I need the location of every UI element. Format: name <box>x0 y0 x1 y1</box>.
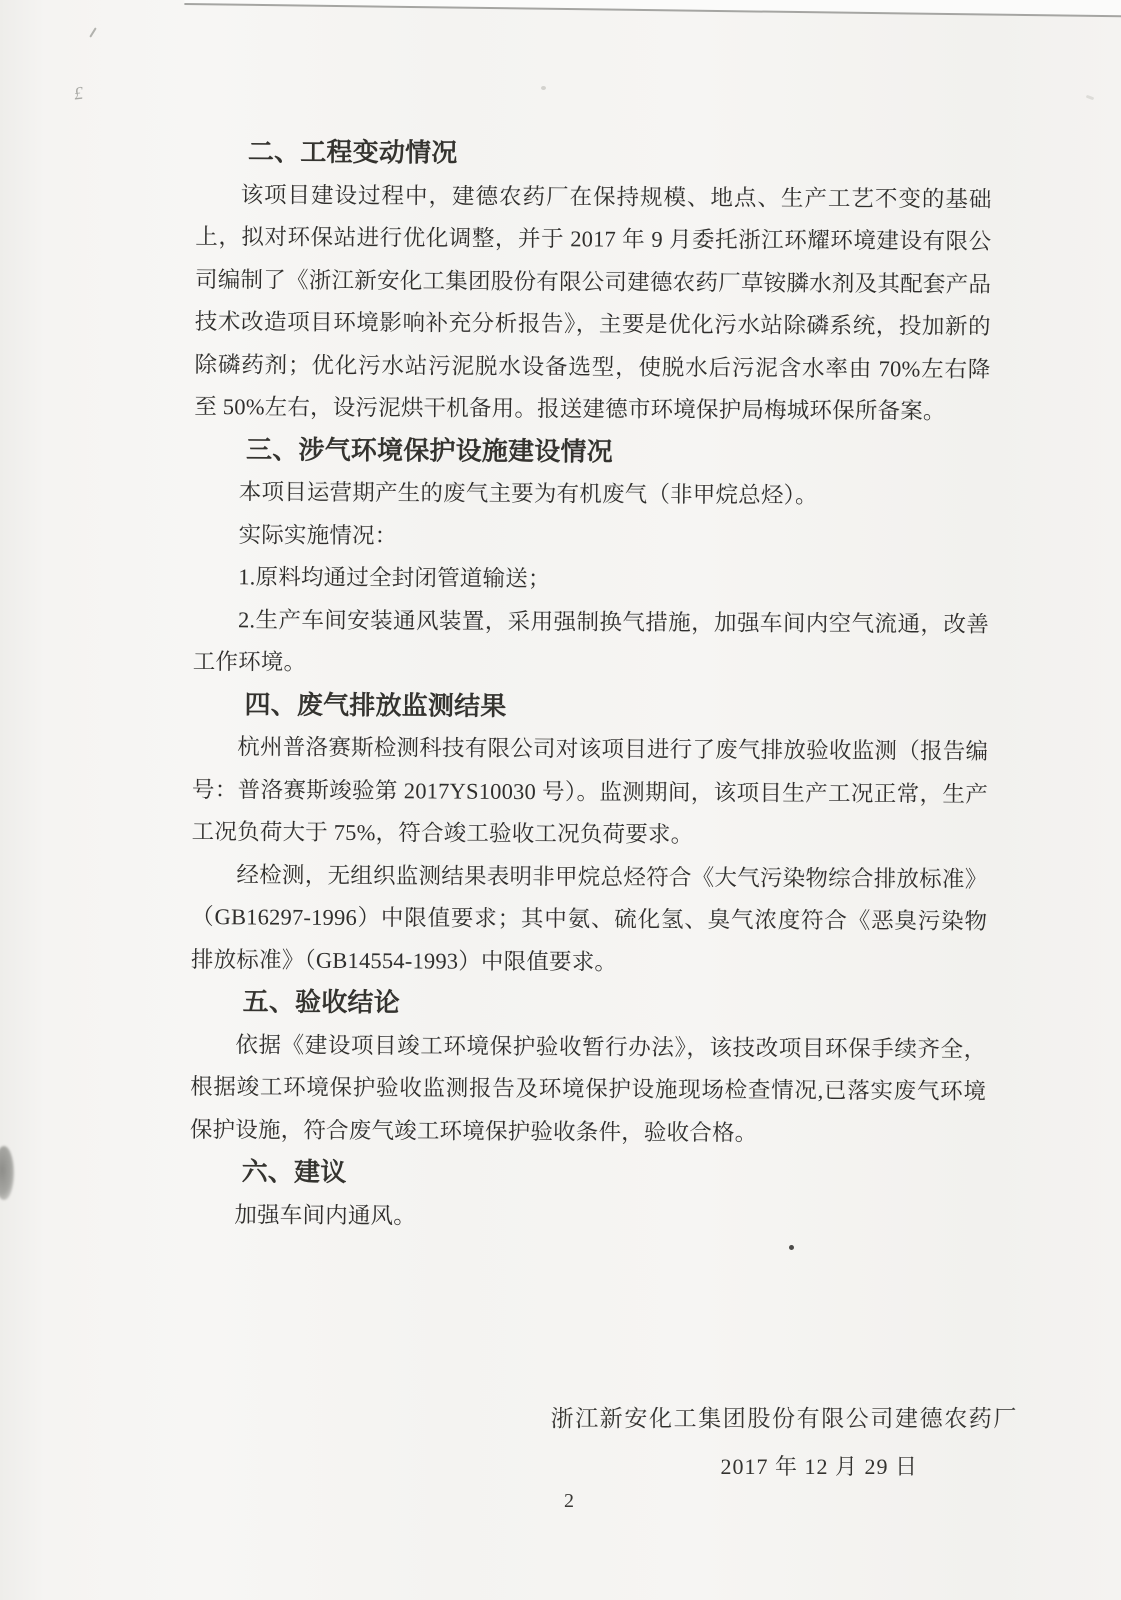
paragraph: 依据《建设项目竣工环境保护验收暂行办法》，该技改项目环保手续齐全，根据竣工环境保… <box>190 1023 987 1155</box>
page-number: 2 <box>564 1490 574 1513</box>
stray-mark-artifact: £ <box>73 83 84 105</box>
section-heading-5: 五、验收结论 <box>191 981 987 1028</box>
section-heading-3: 三、涉气环境保护设施建设情况 <box>194 428 990 475</box>
section-heading-6: 六、建议 <box>190 1151 986 1198</box>
paragraph: 本项目运营期产生的废气主要为有机废气（非甲烷总烃）。 <box>194 471 990 518</box>
paragraph: 杭州普洛赛斯检测科技有限公司对该项目进行了废气排放验收监测（报告编号：普洛赛斯竣… <box>192 726 989 858</box>
signature-block: 浙江新安化工集团股份有限公司建德农药厂 <box>551 1400 1018 1433</box>
paragraph: 该项目建设过程中，建德农药厂在保持规模、地点、生产工艺不变的基础上，拟对环保站进… <box>194 173 992 433</box>
section-heading-2: 二、工程变动情况 <box>196 131 992 178</box>
paragraph: 实际实施情况： <box>193 513 989 560</box>
list-item: 2.生产车间安装通风装置，采用强制换气措施，加强车间内空气流通，改善工作环境。 <box>193 598 990 688</box>
list-item: 1.原料均通过全封闭管道输送； <box>193 556 989 603</box>
scan-dot-artifact <box>541 86 546 90</box>
date-line: 2017 年 12 月 29 日 <box>720 1450 918 1481</box>
paragraph: 经检测，无组织监测结果表明非甲烷总烃符合《大气污染物综合排放标准》（GB1629… <box>191 853 988 985</box>
document-body: 二、工程变动情况 该项目建设过程中，建德农药厂在保持规模、地点、生产工艺不变的基… <box>189 131 992 1241</box>
scan-smudge-artifact <box>1086 95 1095 101</box>
scan-dot-artifact <box>789 1245 794 1250</box>
scanned-document-page: £ 二、工程变动情况 该项目建设过程中，建德农药厂在保持规模、地点、生产工艺不变… <box>0 0 1121 1600</box>
scan-edge-artifact <box>184 0 1121 19</box>
section-heading-4: 四、废气排放监测结果 <box>192 683 988 730</box>
signature-company: 浙江新安化工集团股份有限公司建德农药厂 <box>551 1400 1018 1433</box>
paragraph: 加强车间内通风。 <box>189 1193 985 1240</box>
scan-speck-artifact <box>89 27 97 37</box>
scan-smudge-artifact <box>0 1146 14 1200</box>
